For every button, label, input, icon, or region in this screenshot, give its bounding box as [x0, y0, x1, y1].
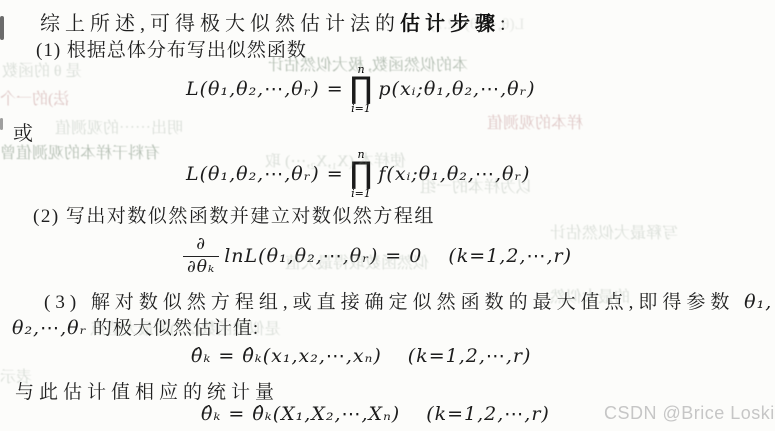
step1-line: (1) 根据总体分布写出似然函数 [36, 35, 307, 62]
formula-log-likelihood-equation: ∂ ∂θₖ lnL(θ₁,θ₂,⋯,θᵣ) = 0 (k=1,2,⋯,r) [183, 232, 572, 280]
formula3-body: lnL(θ₁,θ₂,⋯,θᵣ) = 0 [224, 245, 422, 267]
formula4-body: θ̂ₖ = θ̂ₖ(x₁,x₂,⋯,xₙ) [191, 345, 382, 367]
step3-line2-text: 的极大似然估计值: [87, 318, 259, 339]
csdn-watermark: CSDN @Brice Loskie [604, 403, 775, 424]
product-symbol: n ∏ i=1 [350, 64, 373, 115]
formula5-body: θ̂ₖ = θ̂ₖ(X₁,X₂,⋯,Xₙ) [201, 403, 400, 425]
partial-derivative-fraction: ∂ ∂θₖ [183, 235, 219, 277]
step3-line1: (3) 解对数似然方程组,或直接确定似然函数的最大值点,即得参数 θ₁, [44, 287, 772, 314]
formula-mle-estimate-lowercase: θ̂ₖ = θ̂ₖ(x₁,x₂,⋯,xₙ) (k=1,2,⋯,r) [191, 341, 531, 371]
product-operator-icon: ∏ [350, 160, 373, 189]
formula-mle-estimator-uppercase: θ̂ₖ = θ̂ₖ(X₁,X₂,⋯,Xₙ) (k=1,2,⋯,r) [201, 399, 550, 429]
formula3-condition: (k=1,2,⋯,r) [448, 245, 572, 267]
edge-smudge [0, 16, 4, 40]
formula-likelihood-f: L(θ₁,θ₂,⋯,θᵣ) = n ∏ i=1 f(xᵢ;θ₁,θ₂,⋯,θᵣ) [186, 147, 530, 201]
product-lower-limit: i=1 [351, 103, 371, 114]
step3-line2: θ₂,⋯,θᵣ 的极大似然估计值: [12, 313, 259, 340]
formula4-condition: (k=1,2,⋯,r) [408, 345, 532, 367]
formula1-lhs: L(θ₁,θ₂,⋯,θᵣ) = [186, 78, 344, 100]
intro-colon: : [500, 13, 511, 35]
intro-bold-term: 估计步骤 [400, 13, 500, 35]
fraction-denominator: ∂θₖ [183, 256, 219, 278]
formula2-lhs: L(θ₁,θ₂,⋯,θᵣ) = [186, 163, 344, 185]
step2-line: (2) 写出对数似然函数并建立对数似然方程组 [33, 201, 435, 228]
product-operator-icon: ∏ [350, 75, 373, 104]
or-word: 或 [13, 117, 33, 146]
bleedthrough-text: 明出⋯⋯的观测值 [55, 115, 183, 138]
step3-line1-text: (3) 解对数似然方程组,或直接确定似然函数的最大值点,即得参数 [44, 292, 744, 313]
product-lower-limit: i=1 [351, 188, 371, 199]
formula1-rhs: p(xᵢ;θ₁,θ₂,⋯,θᵣ) [378, 78, 535, 100]
product-symbol: n ∏ i=1 [350, 149, 373, 200]
intro-line: 综上所述,可得极大似然估计法的估计步骤: [40, 7, 511, 36]
step3-line2-math: θ₂,⋯,θᵣ [12, 317, 87, 339]
formula-likelihood-p: L(θ₁,θ₂,⋯,θᵣ) = n ∏ i=1 p(xᵢ;θ₁,θ₂,⋯,θᵣ) [186, 62, 536, 116]
intro-text: 综上所述,可得极大似然估计法的 [40, 13, 400, 35]
bleedthrough-text: 法)的一个 [0, 86, 69, 109]
fraction-numerator: ∂ [192, 235, 210, 256]
edge-smudge [0, 118, 3, 130]
step3-line1-math: θ₁, [744, 291, 772, 313]
formula5-condition: (k=1,2,⋯,r) [426, 403, 550, 425]
formula2-rhs: f(xᵢ;θ₁,θ₂,⋯,θᵣ) [378, 163, 530, 185]
